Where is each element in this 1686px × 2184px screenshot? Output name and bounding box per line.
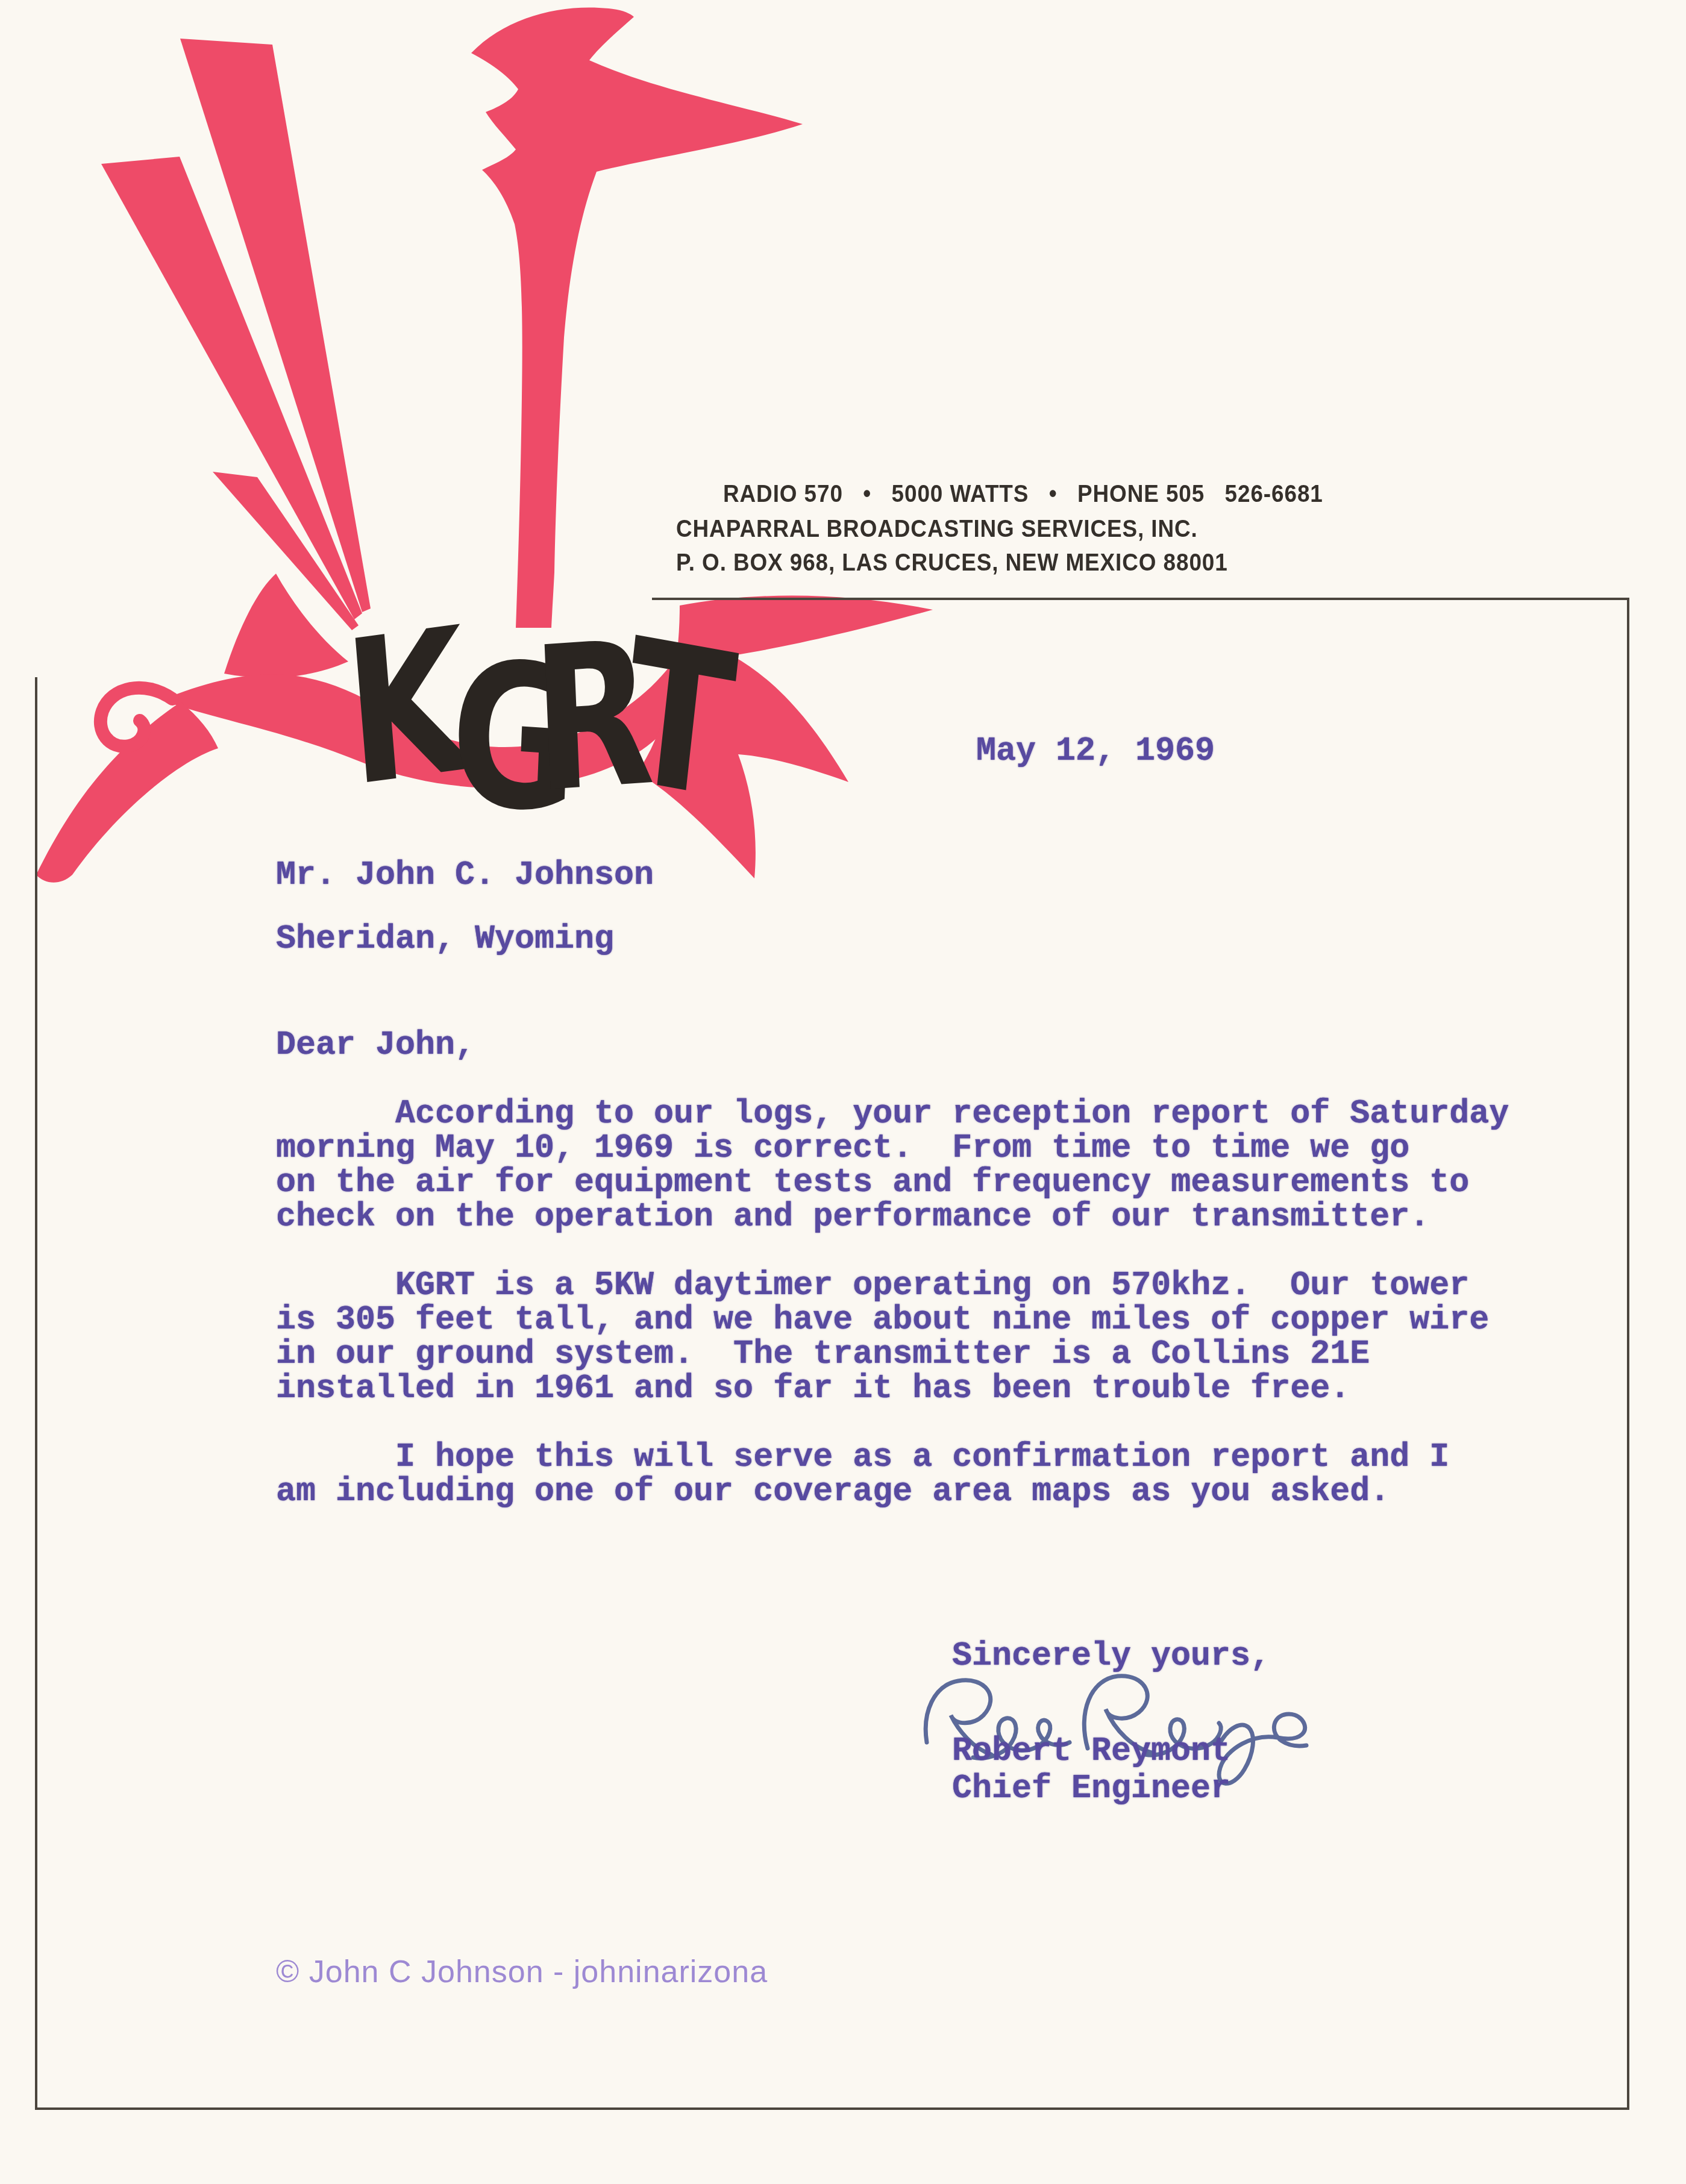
border-bottom-rule: [35, 2107, 1629, 2110]
border-right-rule: [1627, 598, 1629, 2110]
copyright-watermark: © John C Johnson - johninarizona: [276, 1954, 768, 1990]
letterhead-line-radio: RADIO 570 • 5000 WATTS • PHONE 505 526-6…: [723, 480, 1323, 508]
letter-date: May 12, 1969: [976, 734, 1215, 768]
paragraph-3: I hope this will serve as a confirmation…: [276, 1440, 1541, 1509]
signer-title: Chief Engineer: [952, 1771, 1230, 1806]
salutation: Dear John,: [276, 1028, 475, 1062]
letterhead-line-company: CHAPARRAL BROADCASTING SERVICES, INC.: [676, 515, 1198, 543]
letterhead-line-address: P. O. BOX 968, LAS CRUCES, NEW MEXICO 88…: [676, 548, 1228, 577]
signer-name: Robert Reymont: [952, 1734, 1230, 1768]
recipient-name: Mr. John C. Johnson: [276, 858, 654, 892]
border-top-rule: [652, 598, 1629, 600]
kgrt-logo-text: K G R T: [0, 0, 844, 904]
kgrt-letter-t: T: [616, 612, 742, 827]
scanned-letter-page: K G R T RADIO 570 • 5000 WATTS • PHONE 5…: [0, 0, 1686, 2184]
paragraph-2: KGRT is a 5KW daytimer operating on 570k…: [276, 1268, 1541, 1406]
border-left-rule: [35, 677, 37, 2110]
recipient-city: Sheridan, Wyoming: [276, 922, 614, 956]
paragraph-1: According to our logs, your reception re…: [276, 1097, 1541, 1234]
